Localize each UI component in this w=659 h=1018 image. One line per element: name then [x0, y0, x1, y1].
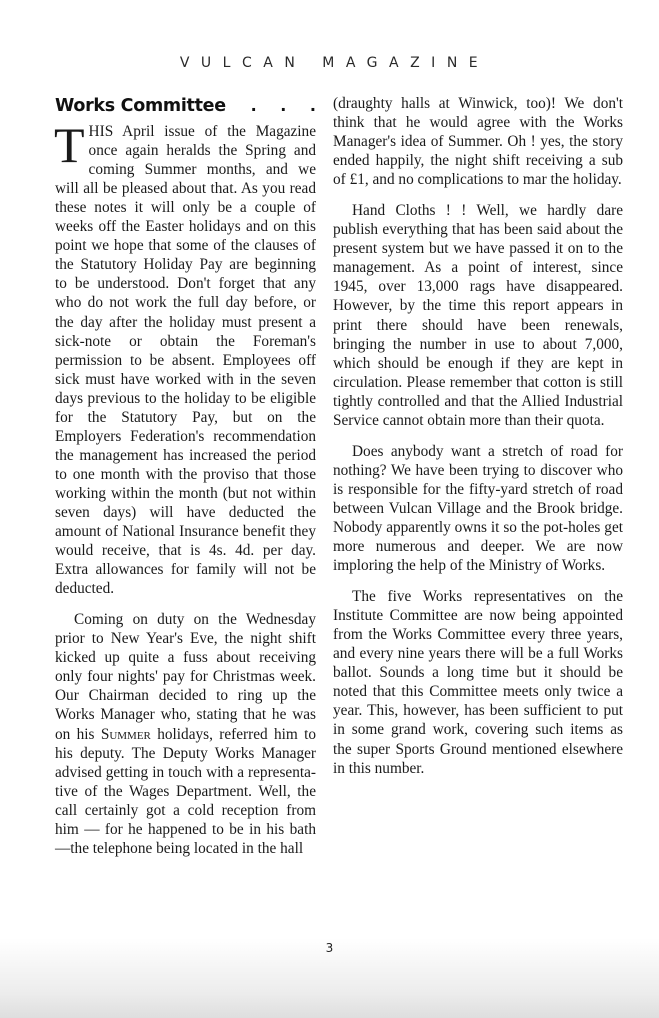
paragraph-hand-cloths: Hand Cloths ! ! Well, we hardly dare pub… [333, 201, 623, 430]
paragraph-intro-text: HIS April issue of the Maga­zine once ag… [55, 123, 316, 597]
magazine-masthead: VULCAN MAGAZINE [0, 55, 659, 71]
left-column: Works Committee . . . THIS April issue o… [55, 94, 316, 870]
article-title: Works Committee [55, 97, 226, 116]
title-leader-dots: . . . [251, 96, 325, 115]
paragraph-road: Does anybody want a stretch of road for … [333, 442, 623, 575]
drop-cap: T [54, 125, 85, 165]
paragraph-continuation: (draughty halls at Winwick, too)! We don… [333, 94, 623, 189]
paragraph-night-shift-text-a: Coming on duty on the Wednes­day prior t… [55, 611, 316, 742]
right-column: (draughty halls at Winwick, too)! We don… [333, 94, 623, 790]
paragraph-night-shift: Coming on duty on the Wednes­day prior t… [55, 610, 316, 858]
article-title-row: Works Committee . . . [55, 96, 316, 116]
page-number: 3 [0, 941, 659, 955]
paragraph-institute-committee: The five Works representatives on the In… [333, 587, 623, 777]
paragraph-night-shift-text-b: holidays, referred him to his deputy. Th… [55, 726, 316, 857]
summer-smallcaps: Summer [101, 726, 151, 743]
paragraph-intro: THIS April issue of the Maga­zine once a… [55, 122, 316, 598]
